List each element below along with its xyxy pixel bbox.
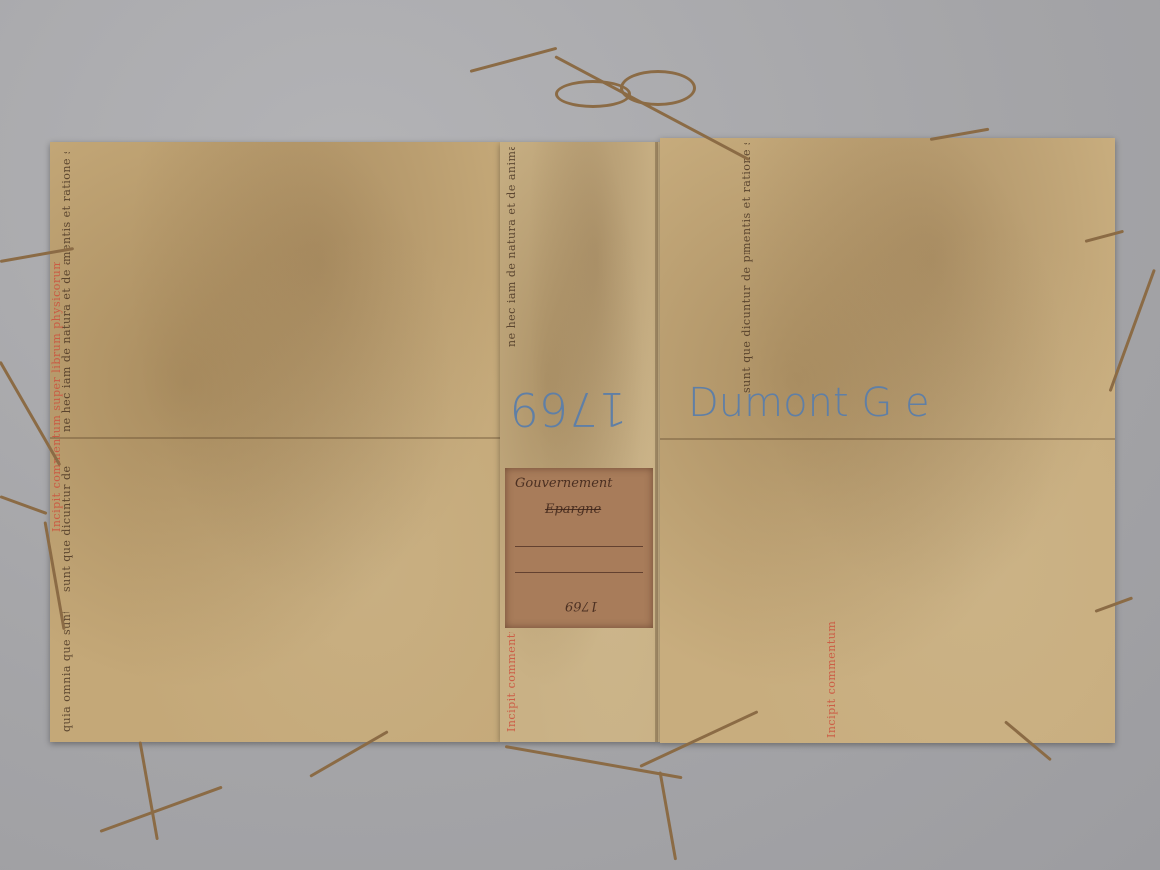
manuscript-column: sunt que dicuntur de principiis quod nat… xyxy=(60,462,460,592)
label-rule xyxy=(515,572,643,573)
spine-fold xyxy=(655,142,658,742)
rubric-text: Incipit commentum super librum physicoru… xyxy=(825,618,1055,738)
spine-label: Gouvernement Epargne 1769 xyxy=(505,468,653,628)
label-line: Epargne xyxy=(545,502,601,517)
manuscript-column: mentis et ratione sunt hec que dicuntur … xyxy=(60,152,460,262)
spine-panel: ne hec iam de natura et de anima et de c… xyxy=(500,142,660,742)
fold-line xyxy=(660,438,1115,440)
fold-line xyxy=(50,437,500,439)
rubric-text: Incipit commentum super librum physicoru… xyxy=(505,632,605,732)
label-line: Gouvernement xyxy=(515,476,613,491)
label-rule xyxy=(515,546,643,547)
label-line: 1769 xyxy=(565,598,598,613)
shelfmark-number: 1769 xyxy=(510,382,627,436)
back-cover-panel: mentis et ratione sunt hec que dicuntur … xyxy=(50,142,500,742)
manuscript-column: quia omnia que sunt aut sunt a natura au… xyxy=(60,612,460,732)
front-cover-panel: mentis et ratione sunt hec que dicuntur … xyxy=(660,138,1115,743)
manuscript-column: ne hec iam de natura et de anima et de c… xyxy=(60,262,460,432)
manuscript-column: sunt que dicuntur de principiis quod nat… xyxy=(740,253,1110,393)
rubric-text: Incipit commentum super librum physicoru… xyxy=(50,262,100,532)
manuscript-column: mentis et ratione sunt hec que dicuntur … xyxy=(740,143,1110,253)
pencil-inscription: Dumont G e xyxy=(688,380,930,426)
manuscript-column: ne hec iam de natura et de anima et de c… xyxy=(505,147,655,347)
